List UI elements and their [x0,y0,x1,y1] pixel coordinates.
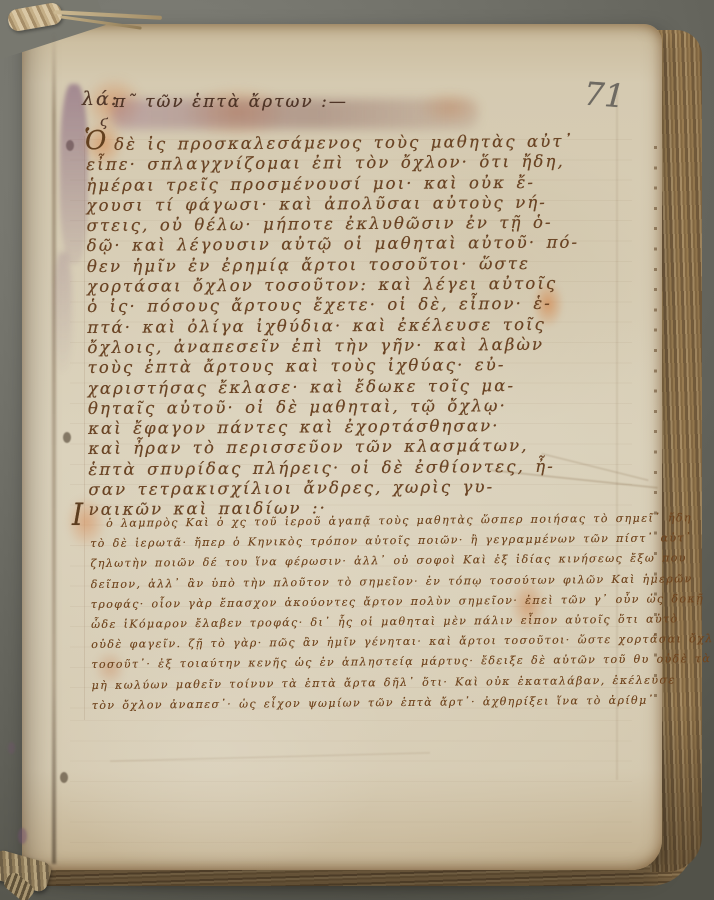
chapter-title: π῀ τῶν ἑπτὰ ἄρτων :— [114,92,348,112]
purple-stain-gutter [60,84,88,264]
gutter-fold-crease [52,32,56,864]
sewing-station-dot [60,772,68,783]
purple-speck [8,742,15,754]
main-text-line: ὄχλοις, ἀναπεσεῖν ἐπὶ τὴν γῆν· καὶ λαβὼν [87,335,580,359]
main-text-line: θηταῖς αὐτοῦ· οἱ δὲ μαθηταὶ, τῷ ὄχλῳ· [88,395,581,419]
main-text-block: δὲ ἰς προσκαλεσάμενος τοὺς μαθητὰς αὐτ᾽ … [86,132,581,521]
commentary-block: ὁ λαμπρὸς Καὶ ὁ χς τοῦ ἱεροῦ ἀγαπᾷ τοὺς … [90,508,714,716]
purple-stain-gutter-tail [54,252,72,372]
purple-speck [18,828,27,844]
folio-number: 71 [583,75,626,116]
commentary-initial: Ι [72,496,83,532]
main-text-line: εἶπε· σπλαγχνίζομαι ἐπὶ τὸν ὄχλον· ὅτι ἤ… [86,152,579,176]
manuscript-photo: λά: ϛ π῀ τῶν ἑπτὰ ἄρτων :— 71 Ὁ δὲ ἰς πρ… [0,0,714,900]
ruling-lines-lower [70,720,632,846]
main-text-line: ἑπτὰ σπυρίδας πλήρεις· οἱ δὲ ἐσθίοντες, … [88,456,581,480]
